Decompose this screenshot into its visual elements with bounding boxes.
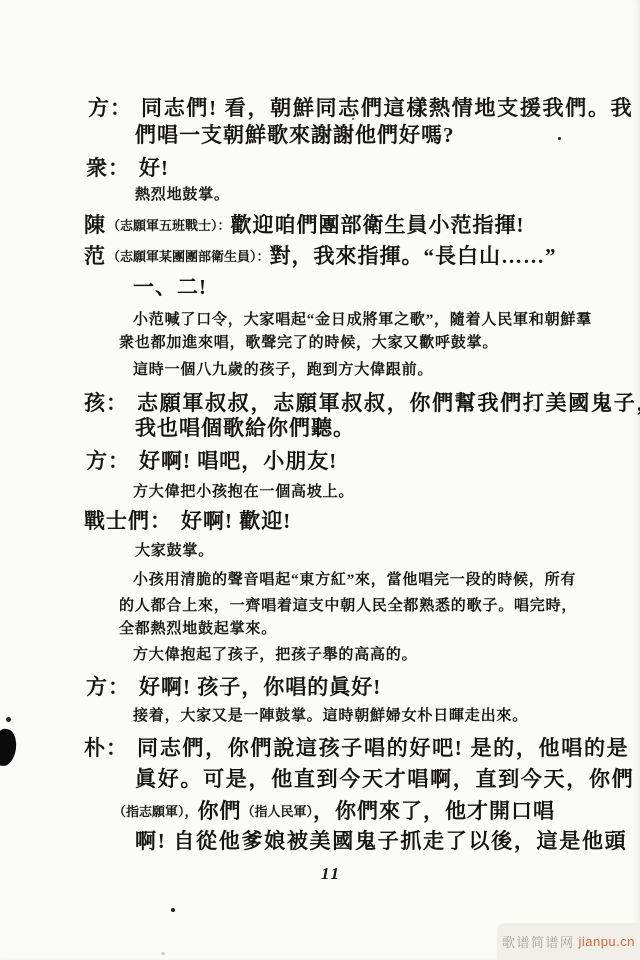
dialogue-text: 眞好。可是，他直到今天才唱啊，直到今天，你們	[135, 767, 634, 791]
speaker-label: 方：	[86, 675, 130, 699]
dialogue-line-soldiers: 戰士們：好啊! 歡迎!	[84, 505, 291, 535]
ink-blot	[0, 727, 19, 767]
scanned-script-page: 方：同志們! 看，朝鮮同志們這樣熱情地支援我們。我 們唱一支朝鮮歌來謝謝他們好嗎…	[0, 0, 640, 960]
speaker-label: 方：	[88, 96, 132, 120]
dialogue-text: 歡迎咱們團部衛生員小范指揮!	[231, 213, 525, 237]
stage-text: 接着，大家又是一陣鼓掌。這時朝鮮婦女朴日暉走出來。	[133, 708, 528, 724]
dialogue-text: ，你們來了，他才開口唱	[313, 799, 555, 823]
stage-direction-4: 方大偉把小孩抱在一個高坡上。	[133, 480, 354, 501]
stage-text: 大家鼓掌。	[135, 543, 214, 559]
dialogue-text: 同志們，你們說這孩子唱的好吧! 是的，他唱的是	[137, 736, 629, 760]
dialogue-text: 我也唱個歌給你們聽。	[135, 416, 355, 440]
dialogue-text: 一、二!	[133, 275, 207, 299]
dialogue-line-fang-1-cont: 們唱一支朝鮮歌來謝謝他們好嗎?	[135, 119, 455, 149]
stage-text: 小范喊了口令，大家唱起“金日成將軍之歌”，隨着人民軍和朝鮮羣	[133, 312, 592, 328]
role-note: （志願軍某團團部衛生員）：	[107, 249, 270, 264]
dialogue-text: 同志們! 看，朝鮮同志們這樣熱情地支援我們。我	[141, 96, 633, 120]
dialogue-line-chen: 陳（志願軍五班戰士）：歡迎咱們團部衛生員小范指揮!	[84, 209, 525, 239]
dialogue-text: 好啊! 歡迎!	[181, 509, 291, 533]
watermark-site-name: 歌谱简谱网	[502, 932, 575, 951]
gesture-note: （指志願軍），	[113, 804, 198, 819]
dialogue-line-child-cont: 我也唱個歌給你們聽。	[135, 412, 355, 442]
stage-direction-2: 小范喊了口令，大家唱起“金日成將軍之歌”，隨着人民軍和朝鮮羣	[133, 308, 592, 329]
ink-speck	[171, 908, 175, 912]
dialogue-text: 好啊! 唱吧，小朋友!	[139, 449, 337, 473]
stage-direction-2-cont: 衆也都加進來唱，歌聲完了的時候，大家又歡呼鼓掌。	[119, 331, 498, 352]
speaker-label: 方：	[86, 449, 130, 473]
watermark-site-url: jianpu.cn	[578, 934, 635, 949]
stage-text: 熱烈地鼓掌。	[135, 187, 230, 203]
dialogue-text: 好啊! 孩子，你唱的眞好!	[139, 675, 381, 699]
ink-speck	[352, 118, 354, 120]
dialogue-line-fan: 范（志願軍某團團部衛生員）：對，我來指揮。“長白山……”	[84, 240, 557, 270]
dialogue-text: 你們	[198, 799, 242, 823]
dialogue-line-piao-cont3: 啊! 自從他爹娘被美國鬼子抓走了以後，這是他頭	[135, 825, 627, 855]
stage-text: 的人都合上來，一齊唱着這支中朝人民全都熟悉的歌子。唱完時，	[119, 598, 577, 614]
dialogue-line-fang-1: 方：同志們! 看，朝鮮同志們這樣熱情地支援我們。我	[88, 92, 633, 122]
stage-direction-3: 這時一個八九歲的孩子，跑到方大偉跟前。	[133, 358, 433, 379]
stage-direction-7: 方大偉抱起了孩子，把孩子舉的高高的。	[133, 643, 417, 664]
stage-direction-6-cont: 的人都合上來，一齊唱着這支中朝人民全都熟悉的歌子。唱完時，	[119, 594, 577, 615]
speaker-label: 陳	[84, 213, 106, 237]
dialogue-line-fang-2: 方：好啊! 唱吧，小朋友!	[86, 445, 337, 475]
page-number: 11	[321, 864, 341, 884]
stage-text: 衆也都加進來唱，歌聲完了的時候，大家又歡呼鼓掌。	[119, 335, 498, 351]
stage-text: 小孩用清脆的聲音唱起“東方紅”來，當他唱完一段的時候，所有	[133, 572, 576, 588]
gesture-note: （指人民軍）	[242, 804, 314, 819]
dialogue-text: 們唱一支朝鮮歌來謝謝他們好嗎?	[135, 123, 455, 147]
ink-speck	[6, 717, 11, 722]
stage-direction-6-cont2: 全都熱烈地鼓起掌來。	[119, 617, 277, 638]
stage-direction-8: 接着，大家又是一陣鼓掌。這時朝鮮婦女朴日暉走出來。	[133, 704, 528, 725]
stage-text: 這時一個八九歲的孩子，跑到方大偉跟前。	[133, 362, 433, 378]
watermark: 歌谱简谱网 jianpu.cn	[497, 923, 640, 960]
speaker-label: 衆：	[86, 156, 130, 180]
speaker-label: 范	[84, 244, 106, 268]
stage-direction-1: 熱烈地鼓掌。	[135, 183, 230, 204]
speaker-label: 戰士們：	[84, 509, 172, 533]
dialogue-line-fan-cont: 一、二!	[133, 271, 207, 301]
stage-text: 方大偉抱起了孩子，把孩子舉的高高的。	[133, 647, 417, 663]
dialogue-text: 好!	[139, 156, 169, 180]
dialogue-text: 啊! 自從他爹娘被美國鬼子抓走了以後，這是他頭	[135, 829, 627, 853]
ink-speck	[558, 137, 561, 140]
stage-direction-6: 小孩用清脆的聲音唱起“東方紅”來，當他唱完一段的時候，所有	[133, 568, 576, 589]
dialogue-line-fang-3: 方：好啊! 孩子，你唱的眞好!	[86, 671, 381, 701]
dialogue-text: 對，我來指揮。“長白山……”	[270, 244, 557, 268]
stage-text: 全都熱烈地鼓起掌來。	[119, 621, 277, 637]
dialogue-line-piao-cont2: （指志願軍），你們（指人民軍），你們來了，他才開口唱	[113, 795, 555, 825]
role-note: （志願軍五班戰士）：	[107, 218, 231, 233]
ink-speck	[161, 952, 165, 955]
speaker-label: 孩：	[84, 391, 128, 415]
dialogue-line-piao-cont1: 眞好。可是，他直到今天才唱啊，直到今天，你們	[135, 763, 634, 793]
speaker-label: 朴：	[84, 736, 128, 760]
stage-text: 方大偉把小孩抱在一個高坡上。	[133, 484, 354, 500]
dialogue-line-piao: 朴：同志們，你們說這孩子唱的好吧! 是的，他唱的是	[84, 732, 629, 762]
stage-direction-5: 大家鼓掌。	[135, 539, 214, 560]
dialogue-line-crowd: 衆：好!	[86, 152, 169, 182]
